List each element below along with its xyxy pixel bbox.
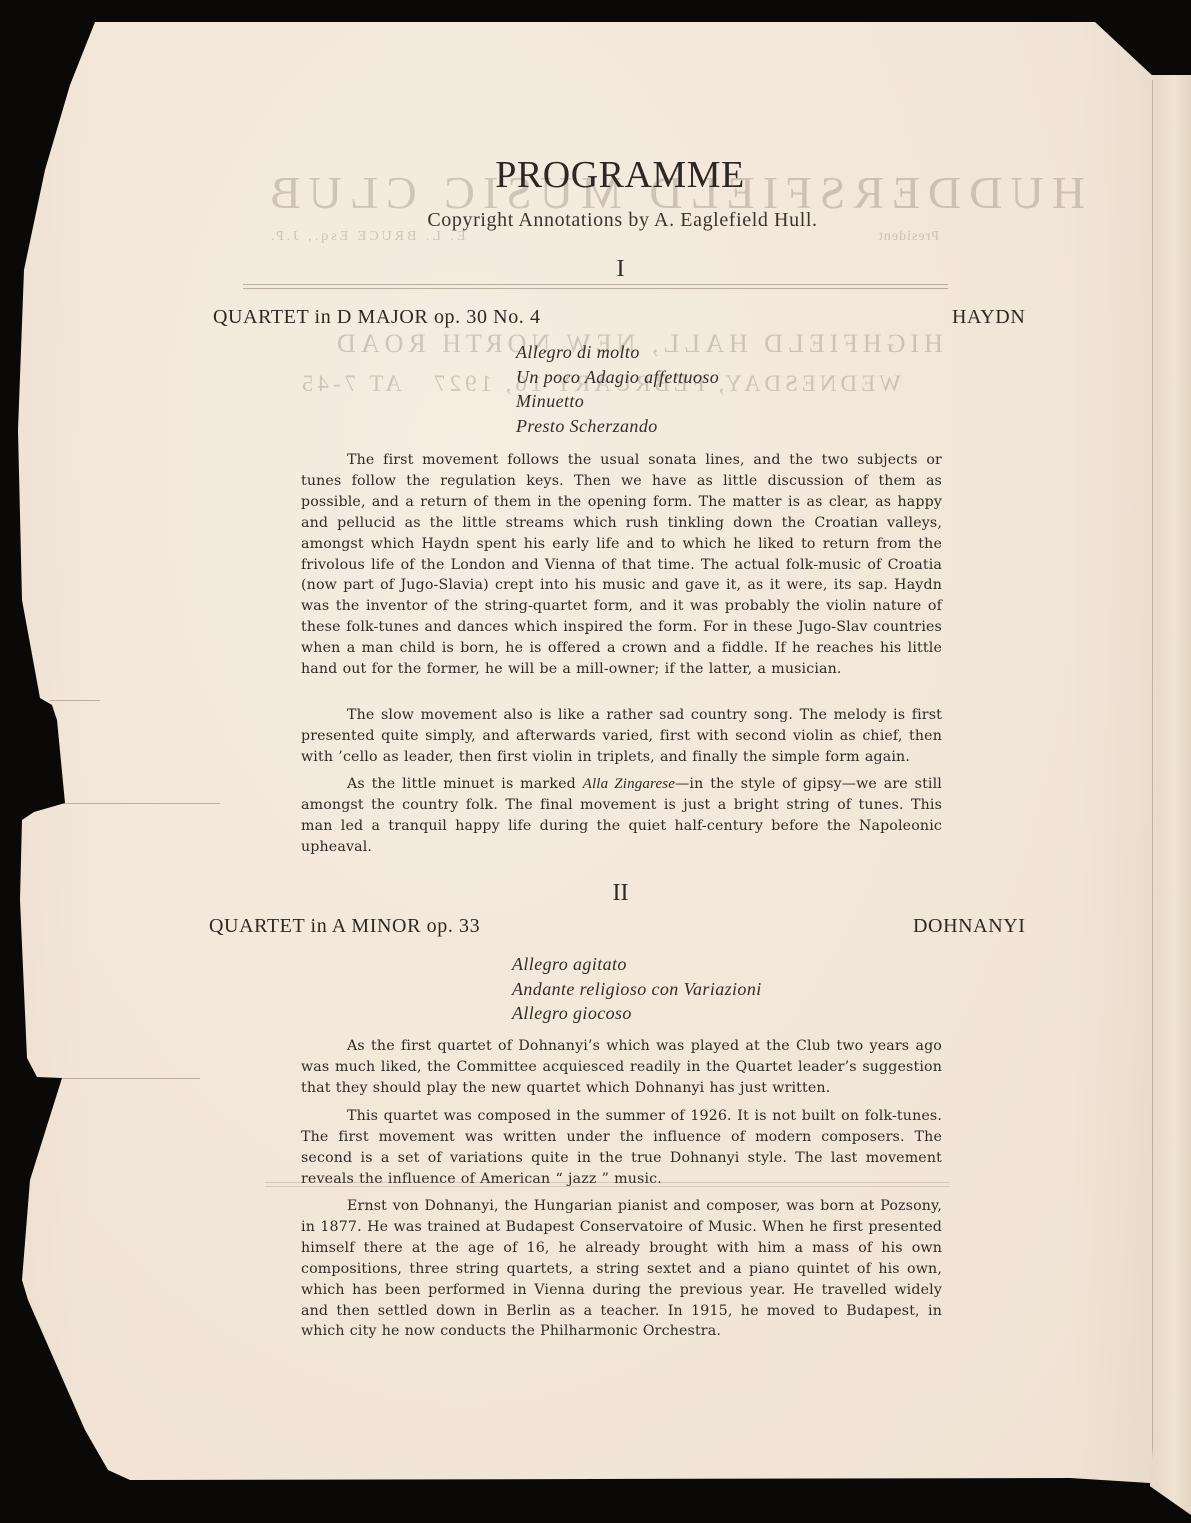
movement-item: Allegro giocoso <box>512 1001 762 1026</box>
movement-item: Presto Scherzando <box>516 414 719 439</box>
tear-crease <box>60 1078 200 1079</box>
movement-item: Andante religioso con Variazioni <box>512 977 762 1002</box>
work-title: QUARTET in D MAJOR op. 30 No. 4 <box>213 306 541 329</box>
composer-name: HAYDN <box>952 306 1025 329</box>
work-title: QUARTET in A MINOR op. 33 <box>209 915 480 938</box>
movement-list: Allegro di molto Un poco Adagio affettuo… <box>516 340 719 438</box>
programme-page: HUDDERSFIELD MUSIC CLUB E. L. BRUCE Esq.… <box>0 0 1160 1523</box>
spine-crease <box>1152 80 1153 1480</box>
section-numeral: II <box>0 880 1191 907</box>
annotation-paragraph: The slow movement also is like a rather … <box>301 705 942 768</box>
annotation-emphasis: Alla Zingarese <box>583 776 675 792</box>
tear-crease <box>60 803 220 804</box>
movement-item: Minuetto <box>516 389 719 414</box>
section-divider <box>243 284 948 289</box>
movement-item: Allegro di molto <box>516 340 719 365</box>
movement-item: Allegro agitato <box>512 952 762 977</box>
movement-item: Un poco Adagio affettuoso <box>516 365 719 390</box>
annotation-paragraph: As the first quartet of Dohnanyi’s which… <box>301 1036 942 1099</box>
annotation-paragraph: Ernst von Dohnanyi, the Hungarian pianis… <box>301 1196 942 1342</box>
annotation-paragraph: The first movement follows the usual son… <box>301 450 942 680</box>
movement-list: Allegro agitato Andante religioso con Va… <box>512 952 762 1026</box>
section-numeral: I <box>0 256 1191 283</box>
page-title: PROGRAMME <box>0 153 1191 197</box>
annotation-paragraph: As the little minuet is marked Alla Zing… <box>301 774 942 858</box>
faint-show-through-rule <box>265 1182 950 1187</box>
composer-name: DOHNANYI <box>913 915 1026 938</box>
tear-crease <box>50 700 100 701</box>
annotation-paragraph: This quartet was composed in the summer … <box>301 1106 942 1190</box>
show-through-time: AT 7-45 <box>298 371 402 397</box>
annotation-text: As the little minuet is marked <box>347 776 583 792</box>
page-subtitle: Copyright Annotations by A. Eaglefield H… <box>0 209 1191 232</box>
